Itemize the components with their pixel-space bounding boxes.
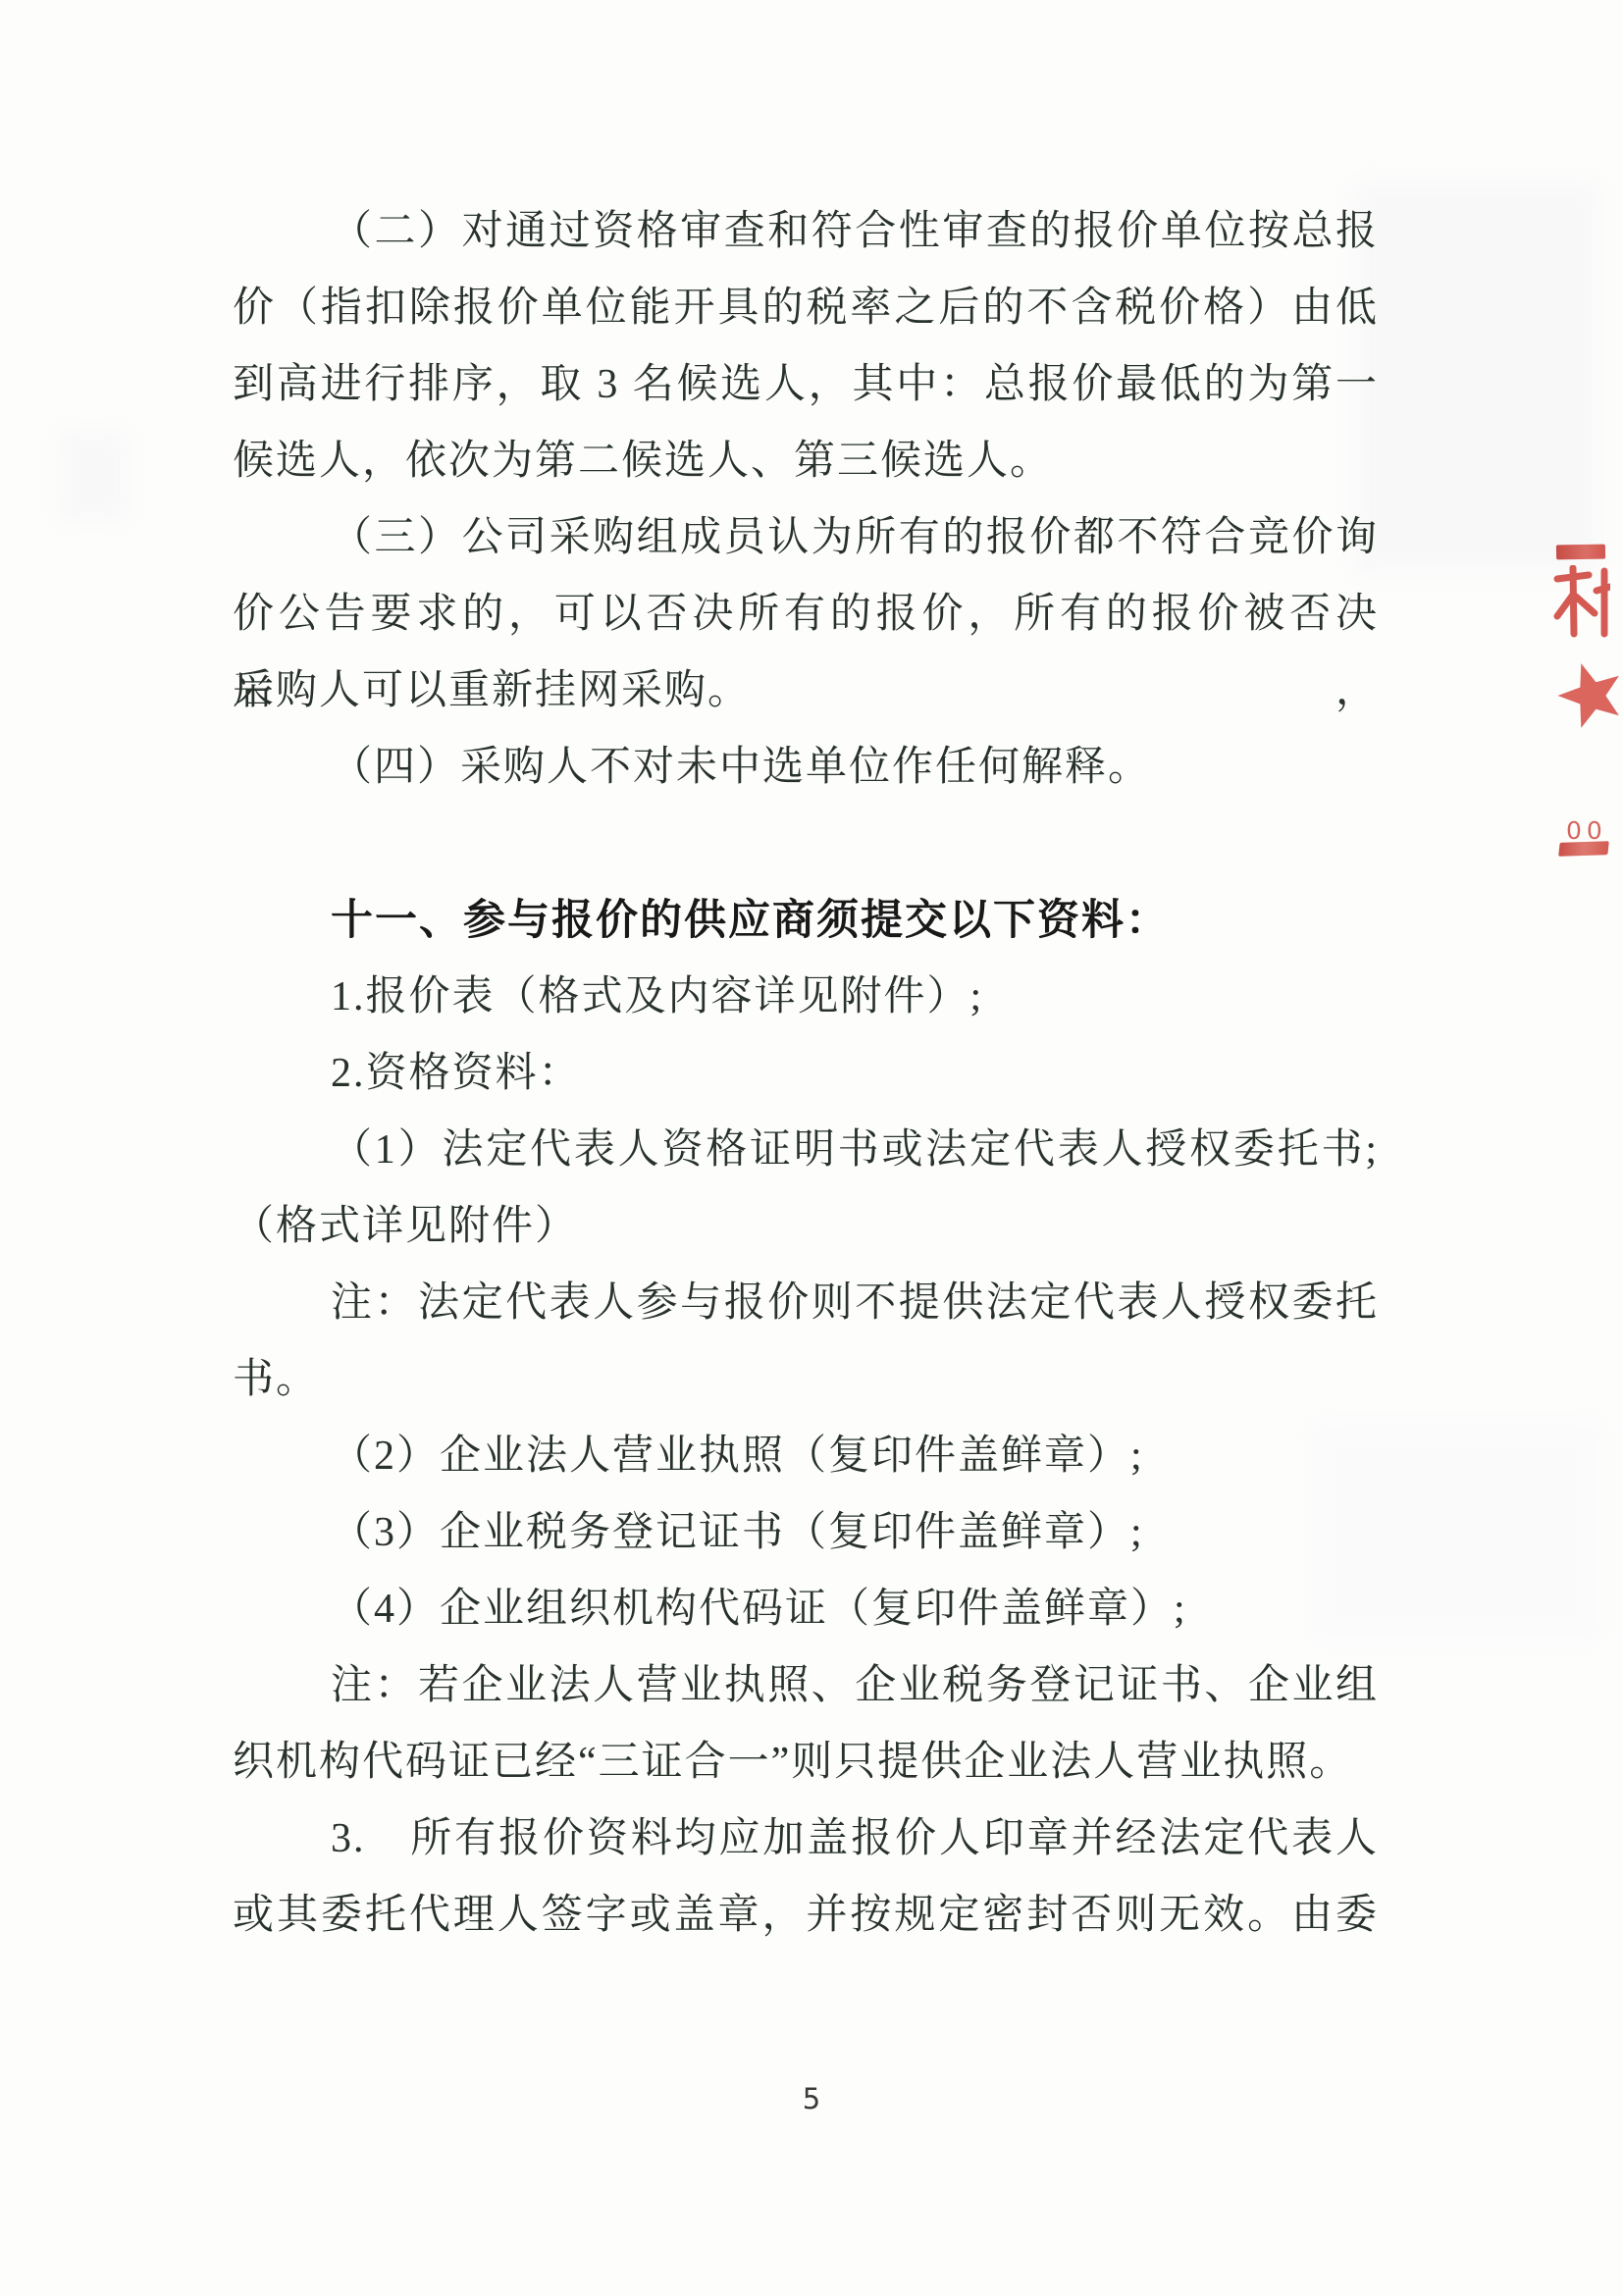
text-line: （四）采购人不对未中选单位作任何解释。 [233,729,1379,806]
text-line: 价（指扣除报价单位能开具的税率之后的不含税价格）由低 [233,270,1379,346]
text-line: 3. 所有报价资料均应加盖报价人印章并经法定代表人 [233,1800,1379,1877]
red-seal-star-icon [1543,637,1623,754]
text-line: 注：法定代表人参与报价则不提供法定代表人授权委托 [233,1265,1379,1341]
scan-artifact [1354,182,1599,574]
text-line: 1.报价表（格式及内容详见附件）; [233,959,1379,1035]
text-line: （格式详见附件） [233,1188,1379,1265]
text-line: 2.资格资料： [233,1035,1379,1112]
red-seal-top-bar [1556,545,1605,560]
red-seal-character-fragment-icon [1553,565,1610,638]
text-line: （4）企业组织机构代码证（复印件盖鲜章）; [233,1571,1379,1647]
text-line: 到高进行排序，取 3 名候选人，其中：总报价最低的为第一 [233,346,1379,423]
blank-line [233,806,1379,882]
text-line: （2）企业法人营业执照（复印件盖鲜章）; [233,1418,1379,1494]
text-line: 候选人，依次为第二候选人、第三候选人。 [233,423,1379,499]
text-line: （三）公司采购组成员认为所有的报价都不符合竞价询 [233,499,1379,576]
text-line: 注：若企业法人营业执照、企业税务登记证书、企业组 [233,1647,1379,1724]
red-seal-bottom-bar [1558,841,1609,857]
text-line: 或其委托代理人签字或盖章，并按规定密封否则无效。由委 [233,1877,1379,1954]
page-number: 5 [0,2082,1623,2115]
text-line: （二）对通过资格审查和符合性审查的报价单位按总报 [233,193,1379,270]
section-heading: 十一、参与报价的供应商须提交以下资料： [233,882,1379,959]
text-line: 书。 [233,1341,1379,1418]
document-body: （二）对通过资格审查和符合性审查的报价单位按总报 价（指扣除报价单位能开具的税率… [233,193,1379,1954]
text-line: 价公告要求的，可以否决所有的报价，所有的报价被否决后， [233,576,1379,652]
scanned-document-page: { "document": { "lines": [ "（二）对通过资格审查和符… [0,0,1623,2296]
text-line: （1）法定代表人资格证明书或法定代表人授权委托书; [233,1112,1379,1188]
scan-artifact [59,432,128,520]
text-line: （3）企业税务登记证书（复印件盖鲜章）; [233,1494,1379,1571]
text-line: 织机构代码证已经“三证合一”则只提供企业法人营业执照。 [233,1724,1379,1800]
